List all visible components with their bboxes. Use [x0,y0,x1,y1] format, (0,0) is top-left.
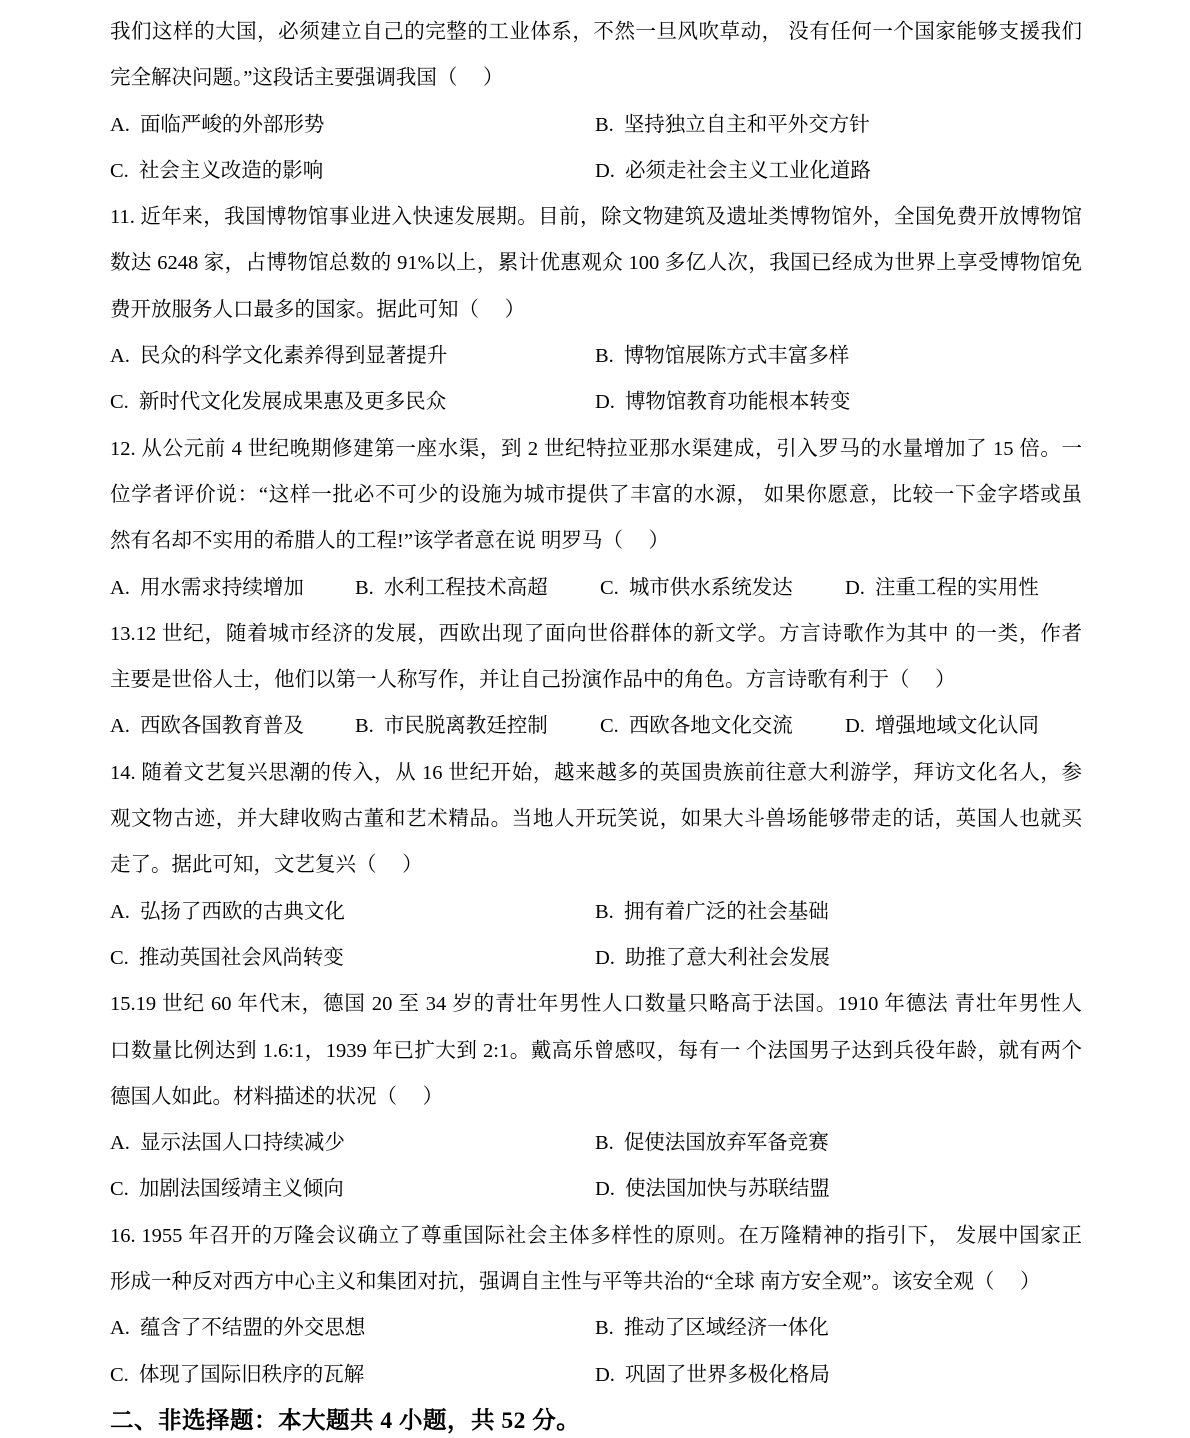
options-row: C.体现了国际旧秩序的瓦解D.巩固了世界多极化格局 [110,1352,1082,1398]
option-c: C.新时代文化发展成果惠及更多民众 [110,379,595,425]
options-row: C.推动英国社会风尚转变D.助推了意大利社会发展 [110,935,1082,981]
option-label: B. [355,715,374,737]
options-row: A.用水需求持续增加B.水利工程技术高超C.城市供水系统发达D.注重工程的实用性 [110,565,1082,611]
option-text: 西欧各地文化交流 [629,715,793,737]
question-stem-line: 12. 从公元前 4 世纪晚期修建第一座水渠，到 2 世纪特拉亚那水渠建成，引入… [110,426,1082,472]
question-stem-line: 形成一种反对西方中心主义和集团对抗，强调自主性与平等共治的“全球 南方安全观”。… [110,1259,1082,1305]
option-text: 坚持独立自主和平外交方针 [624,114,870,136]
option-text: 水利工程技术高超 [384,577,548,599]
option-b: B.博物馆展陈方式丰富多样 [595,333,1082,379]
option-label: C. [110,1364,129,1386]
option-text: 助推了意大利社会发展 [625,947,830,969]
option-text: 促使法国放弃军备竞赛 [624,1132,829,1154]
option-label: C. [110,1178,129,1200]
option-label: A. [110,577,130,599]
option-c: C.体现了国际旧秩序的瓦解 [110,1352,595,1398]
option-text: 体现了国际旧秩序的瓦解 [139,1364,365,1386]
option-label: C. [600,715,619,737]
option-text: 民众的科学文化素养得到显著提升 [140,345,448,367]
option-b: B.促使法国放弃军备竞赛 [595,1120,1082,1166]
option-label: B. [595,1317,614,1339]
question-stem-line: 主要是世俗人士，他们以第一人称写作，并让自己扮演作品中的角色。方言诗歌有利于（ … [110,657,1082,703]
option-label: D. [595,1364,615,1386]
option-text: 博物馆展陈方式丰富多样 [624,345,850,367]
question-stem-line: 数达 6248 家，占博物馆总数的 91%以上，累计优惠观众 100 多亿人次，… [110,240,1082,286]
option-text: 城市供水系统发达 [629,577,793,599]
question-stem-line: 11. 近年来，我国博物馆事业进入快速发展期。目前，除文物建筑及遗址类博物馆外，… [110,194,1082,240]
option-b: B.推动了区域经济一体化 [595,1305,1082,1351]
option-label: A. [110,114,130,136]
option-label: C. [110,160,129,182]
option-label: A. [110,715,130,737]
question-block: 14. 随着文艺复兴思潮的传入，从 16 世纪开始，越来越多的英国贵族前往意大利… [110,750,1082,981]
question-stem-line: 口数量比例达到 1.6:1，1939 年已扩大到 2:1。戴高乐曾感叹，每有一 … [110,1028,1082,1074]
options-row: C.加剧法国绥靖主义倾向D.使法国加快与苏联结盟 [110,1166,1082,1212]
option-d: D.注重工程的实用性 [845,565,1082,611]
option-text: 推动英国社会风尚转变 [139,947,344,969]
options-row: A.面临严峻的外部形势B.坚持独立自主和平外交方针 [110,102,1082,148]
option-text: 社会主义改造的影响 [139,160,324,182]
option-c: C.社会主义改造的影响 [110,148,595,194]
option-label: B. [355,577,374,599]
option-label: B. [595,901,614,923]
option-d: D.使法国加快与苏联结盟 [595,1166,1082,1212]
question-stem-line: 15.19 世纪 60 年代末，德国 20 至 34 岁的青壮年男性人口数量只略… [110,981,1082,1027]
options-row: A.民众的科学文化素养得到显著提升B.博物馆展陈方式丰富多样 [110,333,1082,379]
option-label: D. [595,160,615,182]
option-a: A.用水需求持续增加 [110,565,355,611]
option-text: 市民脱离教廷控制 [384,715,548,737]
option-b: B.坚持独立自主和平外交方针 [595,102,1082,148]
option-label: D. [845,577,865,599]
question-stem-line: 德国人如此。材料描述的状况（ ） [110,1074,1082,1120]
option-label: B. [595,345,614,367]
option-label: A. [110,901,130,923]
question-block: 12. 从公元前 4 世纪晚期修建第一座水渠，到 2 世纪特拉亚那水渠建成，引入… [110,426,1082,611]
question-stem-line: 走了。据此可知，文艺复兴（ ） [110,842,1082,888]
option-text: 面临严峻的外部形势 [140,114,325,136]
option-text: 注重工程的实用性 [875,577,1039,599]
question-stem-line: 观文物古迹，并大肆收购古董和艺术精品。当地人开玩笑说，如果大斗兽场能够带走的话，… [110,796,1082,842]
option-a: A.西欧各国教育普及 [110,703,355,749]
question-stem-line: 费开放服务人口最多的国家。据此可知（ ） [110,287,1082,333]
options-row: C.社会主义改造的影响D.必须走社会主义工业化道路 [110,148,1082,194]
option-c: C.加剧法国绥靖主义倾向 [110,1166,595,1212]
exam-content: 我们这样的大国，必须建立自己的完整的工业体系，不然一旦风吹草动， 没有任何一个国… [110,9,1082,1438]
option-label: B. [595,114,614,136]
option-label: D. [595,1178,615,1200]
question-block: 15.19 世纪 60 年代末，德国 20 至 34 岁的青壮年男性人口数量只略… [110,981,1082,1212]
option-label: A. [110,1317,130,1339]
option-label: A. [110,345,130,367]
option-text: 必须走社会主义工业化道路 [625,160,871,182]
option-text: 新时代文化发展成果惠及更多民众 [139,391,447,413]
question-stem-line: 完全解决问题。”这段话主要强调我国（ ） [110,55,1082,101]
option-label: D. [845,715,865,737]
options-row: A.显示法国人口持续减少B.促使法国放弃军备竞赛 [110,1120,1082,1166]
option-a: A.民众的科学文化素养得到显著提升 [110,333,595,379]
question-block: 13.12 世纪，随着城市经济的发展，西欧出现了面向世俗群体的新文学。方言诗歌作… [110,611,1082,750]
question-stem-line: 位学者评价说：“这样一批必不可少的设施为城市提供了丰富的水源， 如果你愿意，比较… [110,472,1082,518]
option-label: D. [595,947,615,969]
option-text: 巩固了世界多极化格局 [625,1364,830,1386]
options-row: A.蕴含了不结盟的外交思想B.推动了区域经济一体化 [110,1305,1082,1351]
option-d: D.增强地域文化认同 [845,703,1082,749]
option-d: D.巩固了世界多极化格局 [595,1352,1082,1398]
question-stem-line: 16. 1955 年召开的万隆会议确立了尊重国际社会主体多样性的原则。在万隆精神… [110,1213,1082,1259]
option-text: 用水需求持续增加 [140,577,304,599]
option-text: 显示法国人口持续减少 [140,1132,345,1154]
option-text: 博物馆教育功能根本转变 [625,391,851,413]
options-row: A.弘扬了西欧的古典文化B.拥有着广泛的社会基础 [110,889,1082,935]
questions-section: 我们这样的大国，必须建立自己的完整的工业体系，不然一旦风吹草动， 没有任何一个国… [110,9,1082,1398]
option-label: C. [110,391,129,413]
option-text: 蕴含了不结盟的外交思想 [140,1317,366,1339]
option-b: B.市民脱离教廷控制 [355,703,600,749]
option-label: B. [595,1132,614,1154]
option-d: D.助推了意大利社会发展 [595,935,1082,981]
option-text: 西欧各国教育普及 [140,715,304,737]
question-block: 我们这样的大国，必须建立自己的完整的工业体系，不然一旦风吹草动， 没有任何一个国… [110,9,1082,194]
option-text: 弘扬了西欧的古典文化 [140,901,345,923]
option-a: A.显示法国人口持续减少 [110,1120,595,1166]
question-block: 11. 近年来，我国博物馆事业进入快速发展期。目前，除文物建筑及遗址类博物馆外，… [110,194,1082,425]
option-label: C. [600,577,619,599]
option-d: D.博物馆教育功能根本转变 [595,379,1082,425]
question-stem-line: 14. 随着文艺复兴思潮的传入，从 16 世纪开始，越来越多的英国贵族前往意大利… [110,750,1082,796]
options-row: A.西欧各国教育普及B.市民脱离教廷控制C.西欧各地文化交流D.增强地域文化认同 [110,703,1082,749]
option-text: 加剧法国绥靖主义倾向 [139,1178,344,1200]
option-label: C. [110,947,129,969]
option-text: 推动了区域经济一体化 [624,1317,829,1339]
option-a: A.面临严峻的外部形势 [110,102,595,148]
section-two-header: 二、非选择题：本大题共 4 小题，共 52 分。 [110,1398,1082,1438]
option-label: D. [595,391,615,413]
options-row: C.新时代文化发展成果惠及更多民众D.博物馆教育功能根本转变 [110,379,1082,425]
option-b: B.拥有着广泛的社会基础 [595,889,1082,935]
question-block: 16. 1955 年召开的万隆会议确立了尊重国际社会主体多样性的原则。在万隆精神… [110,1213,1082,1398]
option-c: C.城市供水系统发达 [600,565,845,611]
option-c: C.推动英国社会风尚转变 [110,935,595,981]
question-stem-line: 然有名却不实用的希腊人的工程!”该学者意在说 明罗马（ ） [110,518,1082,564]
option-text: 增强地域文化认同 [875,715,1039,737]
option-text: 拥有着广泛的社会基础 [624,901,829,923]
option-d: D.必须走社会主义工业化道路 [595,148,1082,194]
option-b: B.水利工程技术高超 [355,565,600,611]
option-a: A.弘扬了西欧的古典文化 [110,889,595,935]
option-a: A.蕴含了不结盟的外交思想 [110,1305,595,1351]
question-stem-line: 我们这样的大国，必须建立自己的完整的工业体系，不然一旦风吹草动， 没有任何一个国… [110,9,1082,55]
option-c: C.西欧各地文化交流 [600,703,845,749]
option-text: 使法国加快与苏联结盟 [625,1178,830,1200]
option-label: A. [110,1132,130,1154]
exam-page: 我们这样的大国，必须建立自己的完整的工业体系，不然一旦风吹草动， 没有任何一个国… [0,0,1190,1438]
question-stem-line: 13.12 世纪，随着城市经济的发展，西欧出现了面向世俗群体的新文学。方言诗歌作… [110,611,1082,657]
